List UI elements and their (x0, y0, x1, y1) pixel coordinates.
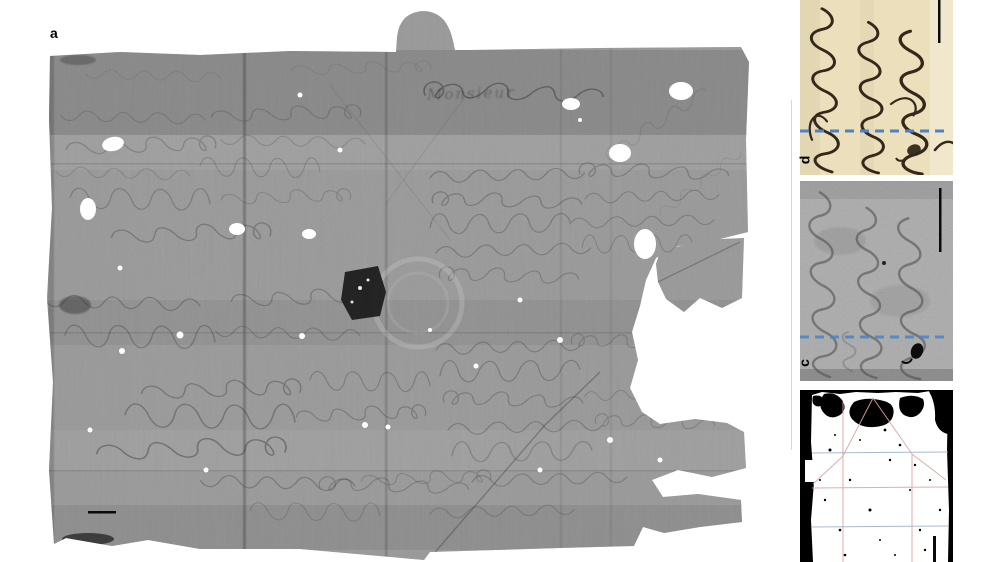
ink-dot (882, 261, 886, 265)
fold-line (243, 48, 246, 562)
panel-d (800, 0, 953, 175)
panel-b-crease-map (800, 390, 953, 562)
panel-a (0, 0, 800, 562)
panel-c-xray (800, 181, 953, 381)
scale-bar (938, 0, 941, 43)
panel-d-photo (800, 0, 953, 175)
panel-label-a: a (50, 26, 58, 40)
wax-seal-blob (341, 266, 386, 320)
crop-mark-line (791, 100, 792, 450)
scale-bar (939, 188, 942, 252)
scale-bar (88, 511, 116, 514)
ink-smear (62, 533, 114, 545)
scale-bar (933, 536, 936, 562)
panel-b (800, 390, 953, 562)
panel-c (800, 181, 953, 381)
letter-packet-paper (40, 0, 760, 562)
panel-label-d: d (797, 156, 811, 165)
panel-a-scan (0, 0, 800, 562)
figure: a Monsieur d (0, 0, 1000, 562)
panel-label-c: c (797, 359, 811, 367)
